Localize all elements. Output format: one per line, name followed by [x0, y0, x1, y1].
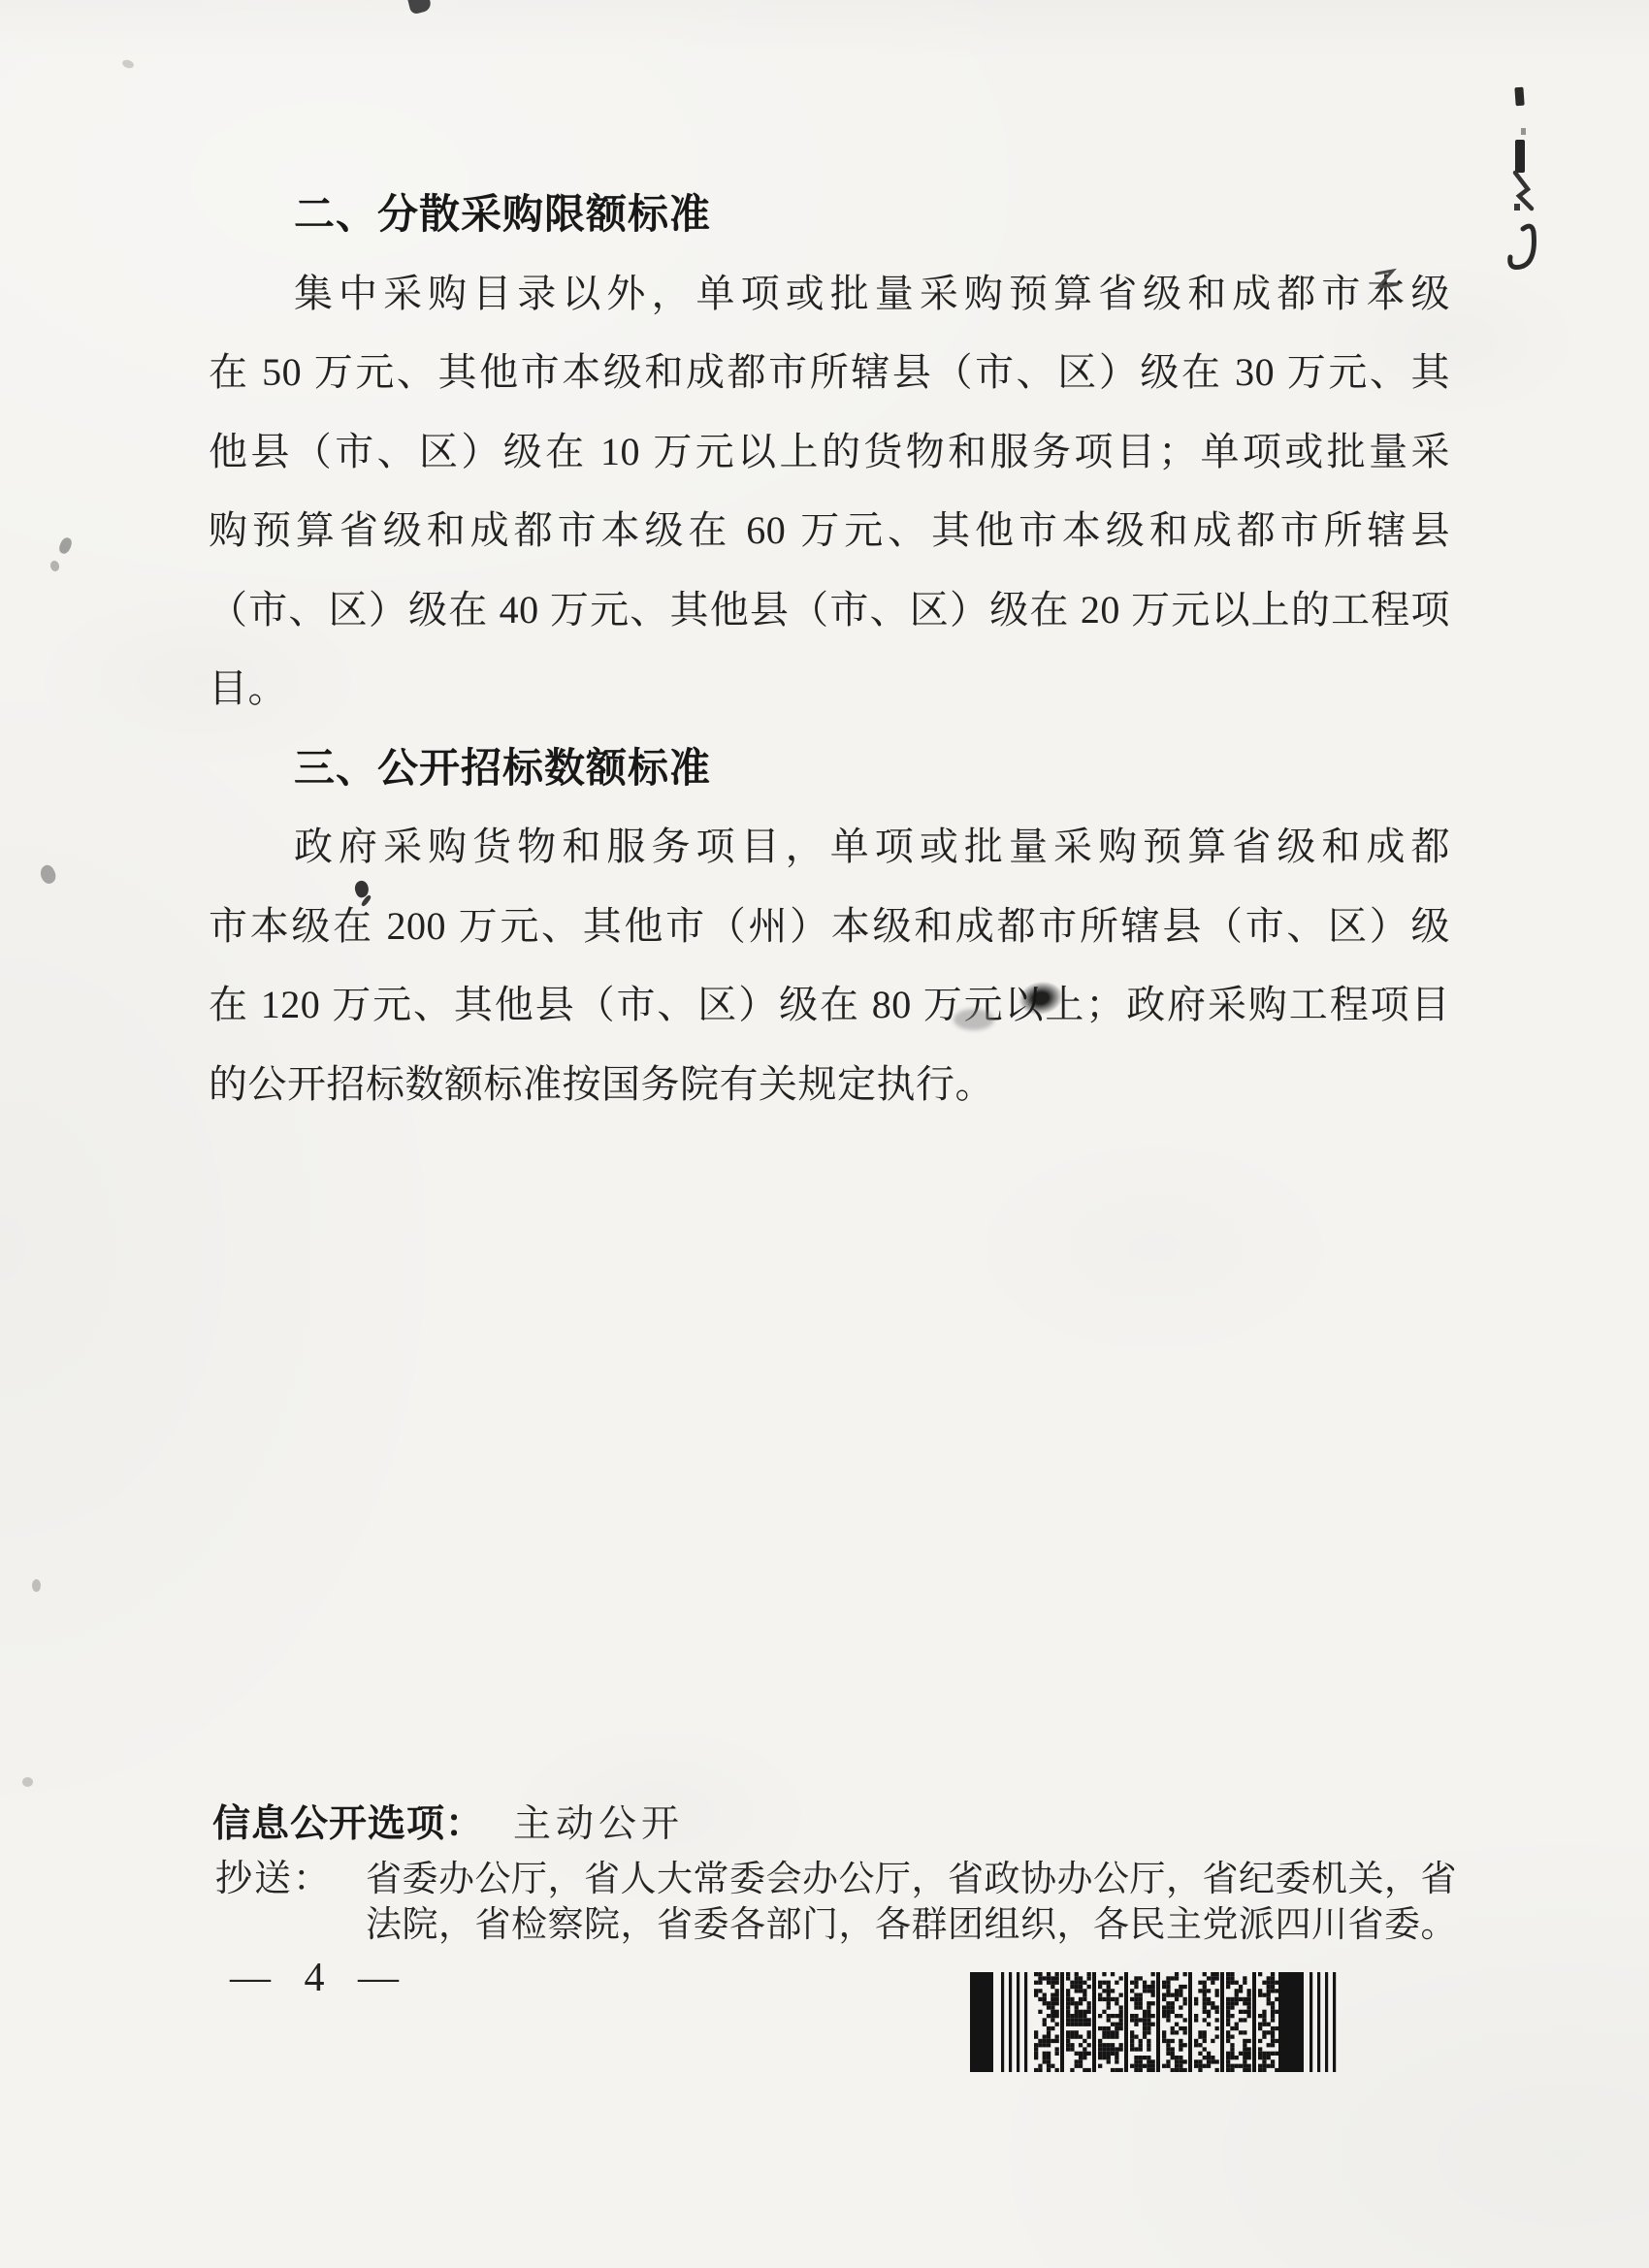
section-2-heading: 二、分散采购限额标准 [209, 175, 1450, 254]
text-line: 省委办公厅，省人大常委会办公厅，省政协办公厅，省纪委机关，省 [366, 1857, 1457, 1902]
section-3-paragraph: 政府采购货物和服务项目，单项或批量采购预算省级和成都市本级在 200 万元、其他… [209, 807, 1450, 1123]
scan-speck [37, 863, 58, 887]
scan-edge-mark [407, 0, 432, 15]
document-body: 二、分散采购限额标准 集中采购目录以外，单项或批量采购预算省级和成都市本级在 5… [209, 175, 1450, 1123]
scan-speck [49, 560, 61, 572]
scanned-page: 二、分散采购限额标准 集中采购目录以外，单项或批量采购预算省级和成都市本级在 5… [0, 0, 1649, 2268]
section-3-heading: 三、公开招标数额标准 [209, 729, 1450, 808]
cc-lines: 省委办公厅，省人大常委会办公厅，省政协办公厅，省纪委机关，省法院，省检察院，省委… [366, 1857, 1457, 1948]
text-line: 的公开招标数额标准按国务院有关规定执行。 [209, 1045, 1450, 1124]
disclosure-value: 主动公开 [513, 1803, 684, 1845]
scan-speck [32, 1579, 41, 1592]
page-number: — 4 — [230, 1955, 403, 2001]
text-line: 购预算省级和成都市本级在 60 万元、其他市本级和成都市所辖县 [209, 491, 1450, 570]
disclosure-label: 信息公开选项： [212, 1803, 484, 1845]
text-line: 在 120 万元、其他县（市、区）级在 80 万元以上；政府采购工程项目 [209, 965, 1450, 1045]
text-line: 市本级在 200 万元、其他市（州）本级和成都市所辖县（市、区）级 [209, 887, 1450, 966]
disclosure-row: 信息公开选项：主动公开 [212, 1794, 684, 1848]
text-line: 目。 [209, 649, 1450, 729]
section-2-paragraph: 集中采购目录以外，单项或批量采购预算省级和成都市本级在 50 万元、其他市本级和… [209, 254, 1450, 729]
cc-block: 抄送： 省委办公厅，省人大常委会办公厅，省政协办公厅，省纪委机关，省法院，省检察… [215, 1857, 1457, 1948]
pen-ink-marks [1494, 76, 1552, 304]
scan-speck [22, 1777, 33, 1787]
text-line: 在 50 万元、其他市本级和成都市所辖县（市、区）级在 30 万元、其 [209, 333, 1450, 412]
scan-speck [121, 58, 135, 69]
text-line: 他县（市、区）级在 10 万元以上的货物和服务项目；单项或批量采 [209, 412, 1450, 492]
text-line: 政府采购货物和服务项目，单项或批量采购预算省级和成都 [209, 807, 1450, 887]
barcode-2d [964, 1972, 1361, 2072]
cc-label: 抄送： [215, 1857, 366, 1948]
scan-speck [57, 535, 74, 555]
text-line: 集中采购目录以外，单项或批量采购预算省级和成都市本级 [209, 254, 1450, 334]
text-line: 法院，省检察院，省委各部门，各群团组织，各民主党派四川省委。 [366, 1902, 1457, 1948]
text-line: （市、区）级在 40 万元、其他县（市、区）级在 20 万元以上的工程项 [209, 570, 1450, 650]
